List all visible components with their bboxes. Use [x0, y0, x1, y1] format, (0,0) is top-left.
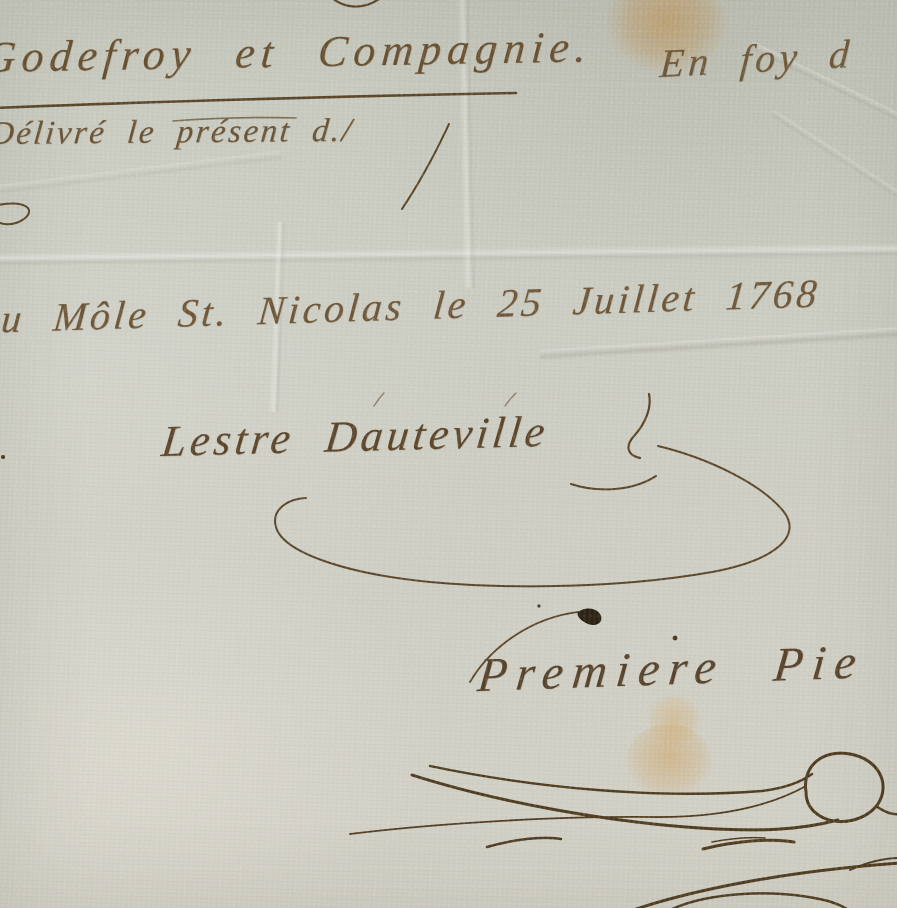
paraph-oval: [275, 446, 790, 586]
flourish-sweep-a: [412, 775, 838, 830]
company-name-line: Godefroy et Compagnie.: [0, 21, 594, 83]
paraph-tick-1: [374, 393, 384, 406]
ink-speck-1: [537, 604, 540, 607]
ink-speck-left-edge: [1, 455, 5, 459]
flourish-dash-2-echo: [712, 838, 765, 842]
present-slash-descender: [402, 124, 449, 209]
flourish-loop: [806, 753, 884, 821]
crease-diagonal-right: [540, 326, 897, 361]
flourish-dash-1: [487, 838, 561, 847]
flourish-loop-exit: [876, 806, 897, 814]
bottom-signature-flourish: [350, 753, 897, 908]
top-edge-stroke-fragment: [330, 0, 386, 7]
crease-horizontal-main: [0, 243, 897, 267]
flourish-bottom-arc: [668, 893, 852, 908]
dateline: au Môle St. Nicolas le 25 Juillet 1768: [0, 269, 822, 343]
flourish-right-edge-stroke: [850, 858, 897, 870]
attestation-fragment-line: En foy d: [658, 30, 854, 87]
flourish-dash-2: [703, 840, 794, 849]
left-edge-curl: [0, 204, 29, 225]
stain-middle-lower: [626, 724, 712, 798]
ink-speck-2: [673, 636, 678, 641]
signature: Lestre Dauteville: [159, 406, 551, 467]
manuscript-photo: Godefroy et Compagnie. En foy d Délivré …: [0, 0, 897, 908]
premiere-fragment-line: Premiere Pie: [475, 634, 868, 703]
delivered-line: Délivré le présent d./: [0, 113, 355, 153]
flourish-bottom-sweep: [636, 863, 897, 908]
ink-blot: [578, 609, 602, 625]
paraph-downstroke: [628, 394, 649, 458]
crease-topright-2: [770, 110, 897, 198]
flourish-thin-underline: [350, 786, 806, 834]
paraph-smile: [571, 476, 656, 489]
stain-middle-upper: [648, 694, 700, 746]
flourish-sweep-b: [430, 766, 812, 794]
crease-left-mid: [0, 150, 282, 195]
paraph-tick-2: [505, 393, 516, 406]
company-underline: [0, 93, 516, 108]
